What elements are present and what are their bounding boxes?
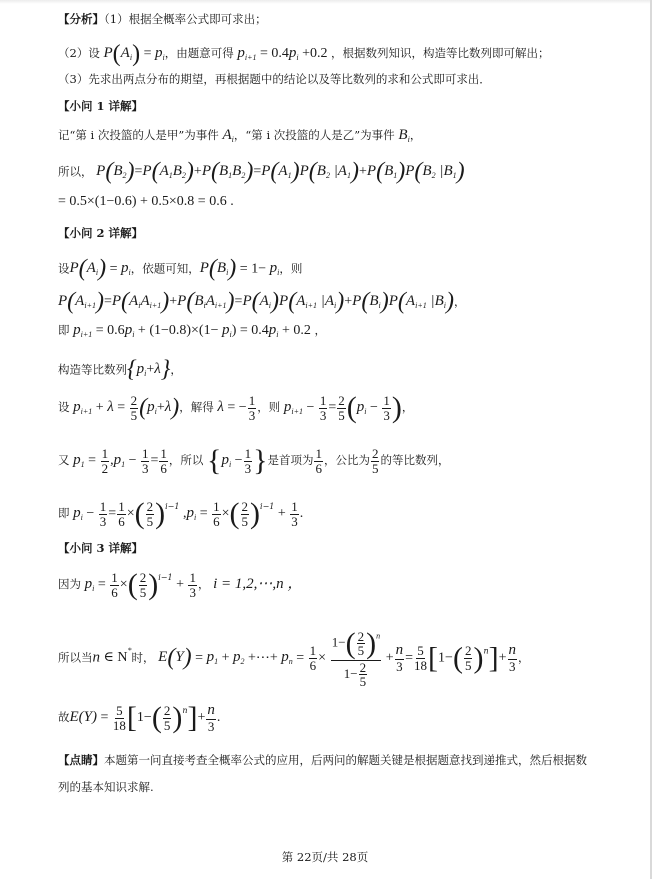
comment-label: 【点睛】	[58, 753, 104, 767]
analysis-line-3: （3）先求出两点分布的期望，再根据题中的结论以及等比数列的求和公式即可求出．	[58, 74, 491, 86]
analysis-label: 【分析】	[58, 12, 104, 26]
q1-line-1: 记“第 i 次投篮的人是甲”为事件 Ai，“第 i 次投篮的人是乙”为事件 Bi…	[58, 128, 421, 144]
q1-line-3: = 0.5×(1−0.6) + 0.5×0.8 = 0.6 .	[58, 195, 234, 209]
q1-line-2: 所以， P(B2)=P(A1B2)+P(B1B2)=P(A1)P(B2 |A1)…	[58, 160, 465, 184]
comment-line-1: 【点睛】本题第一问直接考查全概率公式的应用，后两问的解题关键是根据题意找到递推式…	[58, 755, 587, 767]
document-page: 【分析】（1）根据全概率公式即可求出； （2）设 P(Ai) = pi，由题意可…	[0, 0, 652, 879]
q2-heading: 【小问 2 详解】	[58, 228, 143, 240]
page-footer: 第 22页/共 28页	[0, 849, 650, 865]
q3-line-1: 因为 pi = 16×(25)i−1 + 13， i = 1,2,⋯,n ，	[58, 570, 302, 600]
q2-line-2: P(Ai+1)=P(AiAi+1)+P(BiAi+1)=P(Ai)P(Ai+1 …	[58, 290, 466, 314]
q3-line-3: 故E(Y) = 518[1−(25)n]+n3.	[58, 703, 220, 733]
q1-heading: 【小问 1 详解】	[58, 101, 143, 113]
page-top-shadow	[0, 0, 650, 4]
q2-line-1: 设P(Ai) = pi，依题可知，P(Bi) = 1− pi，则	[58, 257, 302, 281]
q2-line-4: 构造等比数列{pi+λ}，	[58, 358, 182, 382]
formula-p-ai1: P(Ai+1)=P(AiAi+1)+P(BiAi+1)=P(Ai)P(Ai+1 …	[58, 293, 454, 309]
q2-line-6: 又 p1 = 12,p1 − 13=16，所以 {pi −13}是首项为16，公…	[58, 446, 449, 476]
formula-recurrence: pi+1	[237, 45, 256, 61]
q3-heading: 【小问 3 详解】	[58, 543, 143, 555]
analysis-line-1: 【分析】（1）根据全概率公式即可求出；	[58, 14, 267, 26]
formula-p-ai: P	[103, 45, 112, 61]
q3-line-2: 所以当n ∈ N*时， E(Y) = p1 + p2 +⋯+ pn = 16× …	[58, 628, 530, 689]
formula-total-probability: P(B2)=P(A1B2)+P(B1B2)=P(A1)P(B2 |A1)+P(B…	[96, 163, 464, 179]
q2-line-5: 设 pi+1 + λ = 25(pi+λ)，解得 λ = −13，则 pi+1 …	[58, 393, 413, 423]
formula-q1-result: = 0.5×(1−0.6) + 0.5×0.8 = 0.6 .	[58, 194, 234, 209]
q2-line-3: 即 pi+1 = 0.6pi + (1−0.8)×(1− pi) = 0.4pi…	[58, 323, 326, 339]
analysis-line-2: （2）设 P(Ai) = pi，由题意可得 pi+1 = 0.4pi +0.2 …	[58, 42, 550, 66]
q2-line-7: 即 pi − 13=16×(25)i−1 ,pi = 16×(25)i−1 + …	[58, 499, 303, 529]
comment-line-2: 列的基本知识求解.	[58, 782, 154, 794]
